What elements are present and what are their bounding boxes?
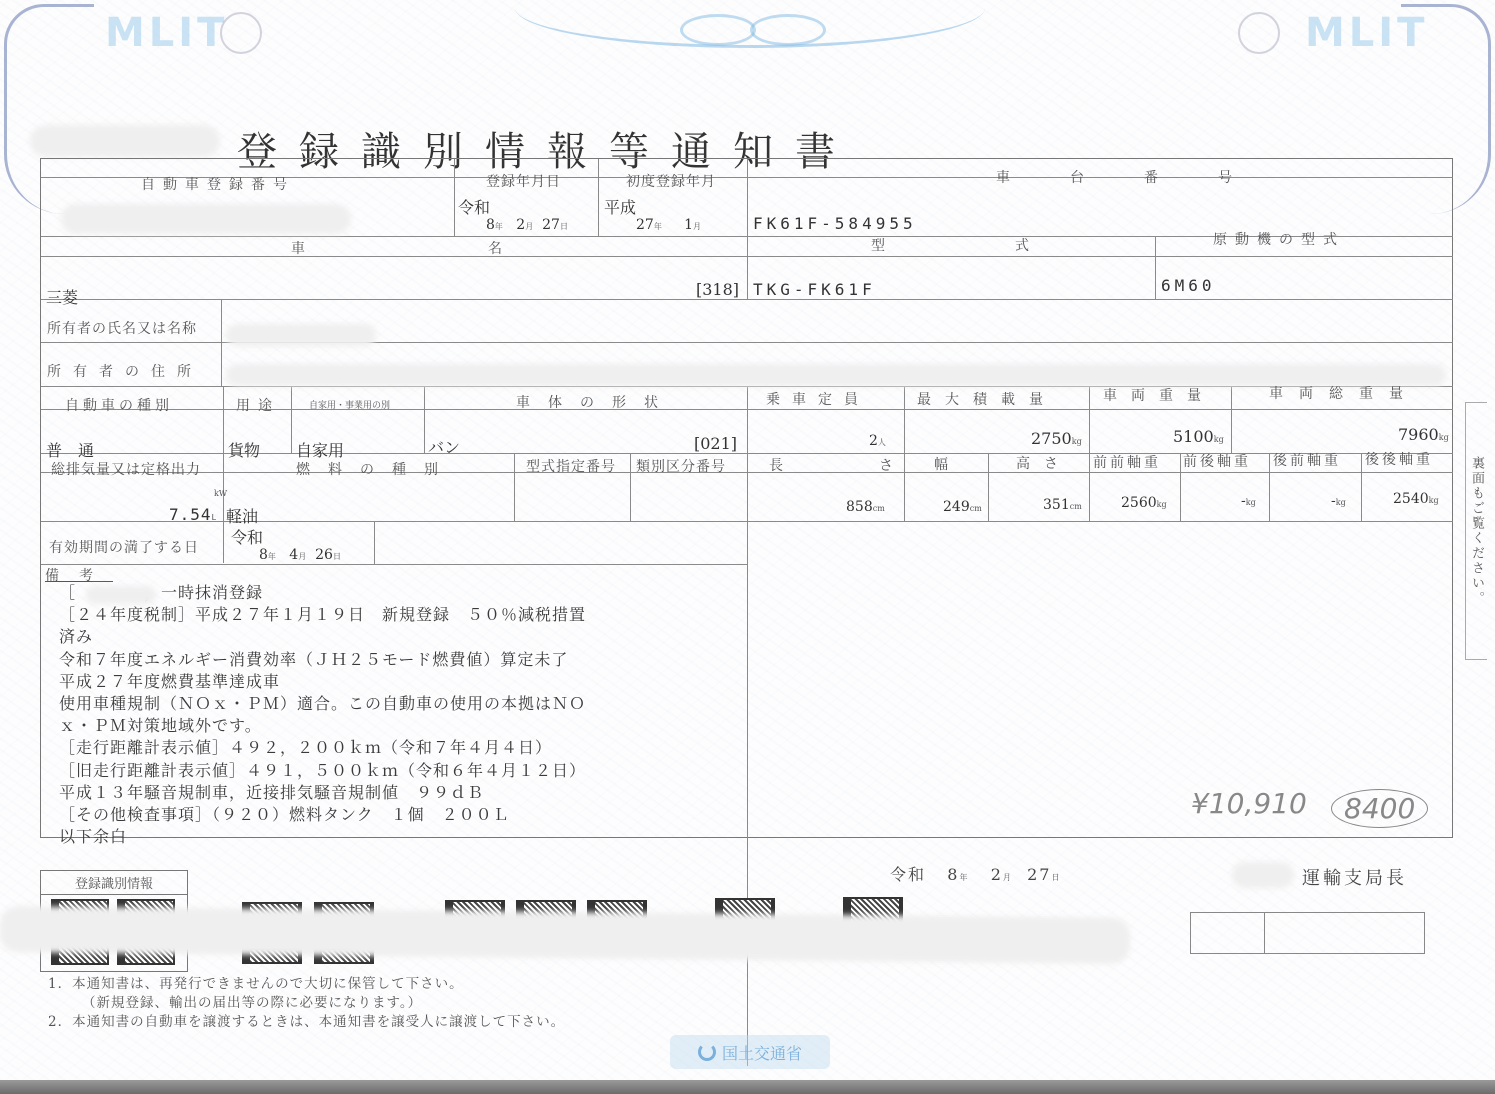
- registration-form: 自動車登録番号 登録年月日 初度登録年月 車台番号 令和 8年 2月 27日 平…: [40, 158, 1453, 838]
- private-commercial-value: 自家用: [296, 438, 344, 461]
- redacted-owner-address: [226, 364, 1446, 386]
- label-registration-number: 自動車登録番号: [141, 174, 295, 194]
- fr-axle-value: -kg: [1241, 493, 1256, 509]
- emblem-icon: [220, 12, 262, 54]
- vehicle-weight-value: 5100kg: [1173, 427, 1224, 446]
- remarks-line: ［ ，一時抹消登録: [59, 582, 739, 604]
- label-category-no: 類別区分番号: [636, 456, 726, 476]
- stamp-box: [1190, 912, 1425, 954]
- mlit-logo-icon: [698, 1043, 716, 1061]
- emblem-icon: [1238, 12, 1280, 54]
- vehicle-name-value: 三菱: [46, 285, 78, 308]
- redacted-issuer-office: [1232, 862, 1294, 888]
- length-value: 858cm: [846, 499, 885, 515]
- mlit-footer-logo: 国土交通省: [670, 1035, 830, 1069]
- redacted-remark: [86, 586, 156, 604]
- purpose-value: 貨物: [228, 438, 260, 461]
- first-registration-era: 平成: [604, 195, 636, 218]
- capacity-value: 2人: [869, 433, 886, 449]
- label-expiry: 有効期間の満了する日: [49, 537, 199, 557]
- label-vehicle-weight: 車両重量: [1103, 385, 1215, 405]
- remarks-line: 平成２７年度燃費基準達成車: [59, 671, 739, 693]
- label-height: 高さ: [1016, 453, 1072, 473]
- label-fuel-type: 燃料の種別: [296, 459, 456, 479]
- see-reverse-note: 裏面もご覧ください。: [1465, 402, 1487, 660]
- handwritten-circled-amount: 8400: [1331, 789, 1428, 828]
- issuer-title: 運輸支局長: [1302, 864, 1407, 890]
- note-item: 2．本通知書の自動車を譲渡するときは、本通知書を譲受人に譲渡して下さい。: [48, 1013, 565, 1032]
- label-rr-axle: 後後軸重: [1365, 449, 1433, 469]
- redacted-registration-number: [61, 204, 351, 234]
- handwritten-price: ¥10,910: [1191, 787, 1307, 820]
- label-engine-model: 原動機の型式: [1213, 229, 1345, 249]
- note-item: （新規登録、輸出の届出等の際に必要になります。）: [48, 994, 565, 1013]
- label-model: 型式: [871, 235, 1159, 255]
- remarks-line: ［走行距離計表示値］４９２，２００ｋｍ（令和７年４月４日）: [59, 737, 739, 759]
- vehicle-type-value: 普通: [46, 438, 110, 461]
- chassis-number-value: FK61F-584955: [753, 214, 917, 233]
- remarks-line: 以下余白: [59, 826, 739, 848]
- footer-notes: 1．本通知書は、再発行できませんので大切に保管して下さい。 （新規登録、輸出の届…: [48, 975, 565, 1032]
- gross-weight-value: 7960kg: [1398, 425, 1449, 444]
- label-chassis-number: 車台番号: [996, 167, 1292, 187]
- label-displacement: 総排気量又は定格出力: [51, 459, 201, 479]
- redacted-owner-name: [226, 324, 376, 346]
- expiry-era: 令和: [231, 525, 263, 548]
- body-shape-value: バン: [428, 435, 460, 458]
- label-vehicle-type: 自動車の種別: [65, 395, 173, 415]
- label-rf-axle: 後前軸重: [1273, 450, 1341, 470]
- vehicle-name-code: [318]: [696, 280, 739, 299]
- remarks-line: ｘ・ＰＭ対策地域外です。: [59, 715, 739, 737]
- ff-axle-value: 2560kg: [1121, 495, 1167, 511]
- top-scroll-ornament: [515, 8, 985, 48]
- remarks-line: 平成１３年騒音規制車，近接排気騒音規制値 ９９ｄＢ: [59, 782, 739, 804]
- label-owner-name: 所有者の氏名又は名称: [47, 318, 197, 338]
- id-info-caption: 登録識別情報: [41, 871, 187, 895]
- ministry-name: 国土交通省: [722, 1041, 802, 1064]
- label-owner-address: 所有者の住所: [47, 361, 203, 381]
- label-vehicle-name: 車: [291, 238, 313, 258]
- label-gross-weight: 車両総重量: [1269, 383, 1419, 403]
- max-load-value: 2750kg: [1031, 429, 1082, 448]
- document-paper: MLIT MLIT 登録識別情報等通知書: [0, 0, 1495, 1080]
- mlit-watermark-left: MLIT: [105, 10, 228, 56]
- label-fr-axle: 前後軸重: [1183, 451, 1251, 471]
- issue-date: 令和 8年 2月 27日: [890, 862, 1061, 885]
- remarks-line: 令和７年度エネルギー消費効率（ＪＨ２５モード燃費値）算定未了: [59, 649, 739, 671]
- first-registration-date: 27年 1月: [636, 217, 701, 233]
- width-value: 249cm: [943, 499, 982, 515]
- label-private-commercial: 自家用・事業用の別: [309, 398, 390, 411]
- remarks-line: 済み: [59, 626, 739, 648]
- remarks-line: ［２４年度税制］平成２７年１月１９日 新規登録 ５０％減税措置: [59, 604, 739, 626]
- label-length: 長: [769, 455, 791, 475]
- fuel-type-value: 軽油: [226, 504, 258, 527]
- label-capacity: 乗車定員: [766, 389, 870, 409]
- note-item: 1．本通知書は、再発行できませんので大切に保管して下さい。: [48, 975, 565, 994]
- registration-date-era: 令和: [458, 195, 490, 218]
- engine-model-value: 6M60: [1161, 276, 1216, 295]
- remarks-line: ［その他検査事項］（９２０）燃料タンク １個 ２００Ｌ: [59, 804, 739, 826]
- label-body-shape: 車体の形状: [516, 392, 676, 412]
- label-model-designation-no: 型式指定番号: [526, 456, 616, 476]
- body-shape-code: [021]: [694, 434, 737, 453]
- rr-axle-value: 2540kg: [1393, 491, 1439, 507]
- label-width: 幅: [934, 454, 956, 474]
- mlit-watermark-right: MLIT: [1305, 10, 1428, 56]
- redacted-area: [30, 125, 220, 157]
- label-first-registration: 初度登録年月: [626, 171, 716, 191]
- label-ff-axle: 前前軸重: [1093, 452, 1161, 472]
- label-vehicle-name-2: 名: [488, 238, 510, 258]
- registration-date: 8年 2月 27日: [486, 217, 568, 233]
- remarks-list: ［ ，一時抹消登録 ［２４年度税制］平成２７年１月１９日 新規登録 ５０％減税措…: [59, 582, 739, 848]
- rf-axle-value: -kg: [1331, 493, 1346, 509]
- expiry-date: 8年 4月 26日: [259, 547, 341, 563]
- label-registration-date: 登録年月日: [486, 171, 561, 191]
- remarks-line: ［旧走行距離計表示値］４９１，５００ｋｍ（令和６年４月１２日）: [59, 760, 739, 782]
- table-surface: [0, 1080, 1495, 1094]
- displacement-value: 7.54L: [169, 505, 217, 524]
- displacement-unit-kw: kW: [214, 489, 227, 498]
- label-length-2: さ: [879, 455, 901, 475]
- label-max-load: 最大積載量: [917, 389, 1057, 409]
- remarks-line: 使用車種規制（ＮＯｘ・ＰＭ）適合。この自動車の使用の本拠はＮＯ: [59, 693, 739, 715]
- height-value: 351cm: [1043, 497, 1082, 513]
- model-value: TKG-FK61F: [753, 280, 876, 299]
- label-purpose: 用途: [236, 395, 280, 415]
